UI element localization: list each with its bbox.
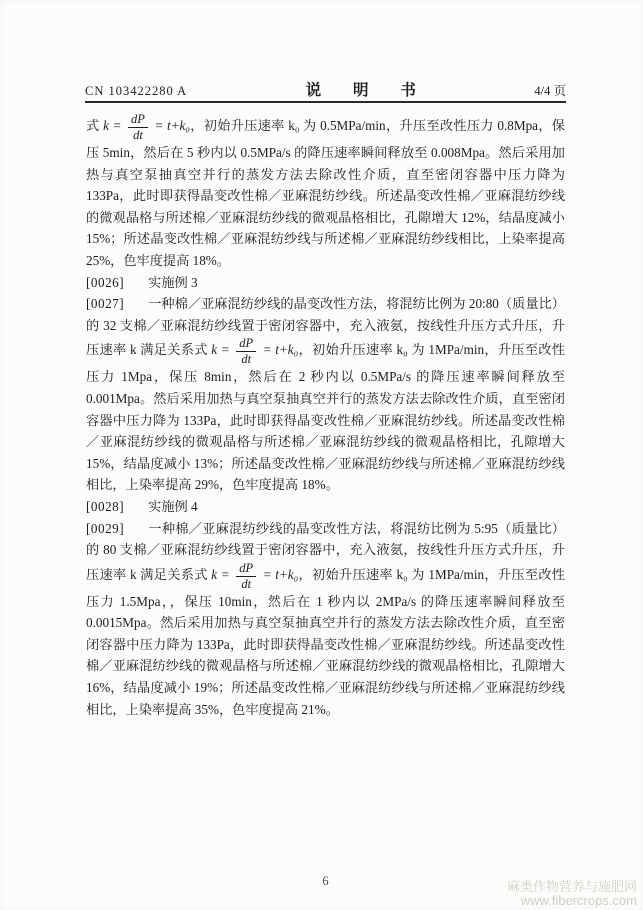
formula-lhs: k = — [211, 342, 233, 357]
fraction: dPdt — [128, 112, 148, 142]
watermark-site-name: 麻类作物营养与施肥网 — [507, 880, 637, 894]
fraction-numerator: dP — [236, 336, 256, 352]
paragraph-tag: [0027] — [86, 293, 124, 315]
fraction-numerator: dP — [128, 112, 148, 128]
inline-formula: 式 k = dPdt = t+k₀ — [86, 118, 190, 133]
header-divider — [85, 101, 566, 103]
formula-prefix: 式 — [86, 118, 103, 133]
formula-lhs: k = — [211, 567, 233, 582]
paragraph-continued: 式 k = dPdt = t+k₀，初始升压速率 k₀ 为 0.5MPa/min… — [86, 112, 565, 272]
watermark-url: www.fibercrops.com — [507, 894, 637, 908]
specification-body: 式 k = dPdt = t+k₀，初始升压速率 k₀ 为 0.5MPa/min… — [86, 112, 565, 720]
fraction-denominator: dt — [130, 128, 146, 142]
fraction-numerator: dP — [236, 561, 256, 577]
paragraph-tag: [0028] — [86, 496, 124, 518]
body-text: ，初始升压速率 k₀ 为 0.5MPa/min，升压至改性压力 0.8Mpa，保… — [86, 118, 565, 268]
body-text: 实施例 3 — [148, 275, 197, 290]
fraction: dPdt — [236, 336, 256, 366]
paragraph-0027: [0027]一种棉／亚麻混纺纱线的晶变改性方法，将混纺比例为 20:80（质量比… — [86, 293, 565, 496]
fraction-denominator: dt — [238, 352, 254, 366]
footer-page-number: 6 — [86, 874, 565, 889]
page-header: CN 103422280 A 说 明 书 4/4 页 — [85, 78, 566, 100]
fraction-denominator: dt — [238, 577, 254, 591]
paragraph-0028: [0028]实施例 4 — [86, 496, 565, 518]
formula-lhs: k = — [103, 118, 125, 133]
formula-rhs: = t+k₀ — [259, 567, 298, 582]
sheet-indicator: 4/4 页 — [534, 81, 566, 99]
fraction: dPdt — [236, 561, 256, 591]
paragraph-0026: [0026]实施例 3 — [86, 272, 565, 294]
formula-rhs: = t+k₀ — [259, 342, 298, 357]
paragraph-tag: [0029] — [86, 518, 124, 540]
paragraph-0029: [0029]一种棉／亚麻混纺纱线的晶变改性方法，将混纺比例为 5:95（质量比）… — [86, 518, 565, 721]
formula-prefix: 式 — [194, 342, 211, 357]
body-text: ，初始升压速率 k₀ 为 1MPa/min，升压至改性压力 1.5Mpa，，保压… — [86, 567, 565, 717]
publication-number: CN 103422280 A — [85, 84, 187, 99]
watermark: 麻类作物营养与施肥网 www.fibercrops.com — [507, 880, 637, 908]
patent-specification-page: CN 103422280 A 说 明 书 4/4 页 式 k = dPdt = … — [0, 0, 643, 910]
body-text: ，初始升压速率 k₀ 为 1MPa/min，升压至改性压力 1Mpa，保压 8m… — [86, 342, 565, 492]
document-title: 说 明 书 — [306, 78, 430, 100]
inline-formula: k = dPdt = t+k₀ — [211, 567, 298, 582]
paragraph-tag: [0026] — [86, 272, 124, 294]
body-text: 实施例 4 — [148, 499, 197, 514]
formula-rhs: = t+k₀ — [151, 118, 190, 133]
inline-formula: 式 k = dPdt = t+k₀ — [194, 342, 298, 357]
